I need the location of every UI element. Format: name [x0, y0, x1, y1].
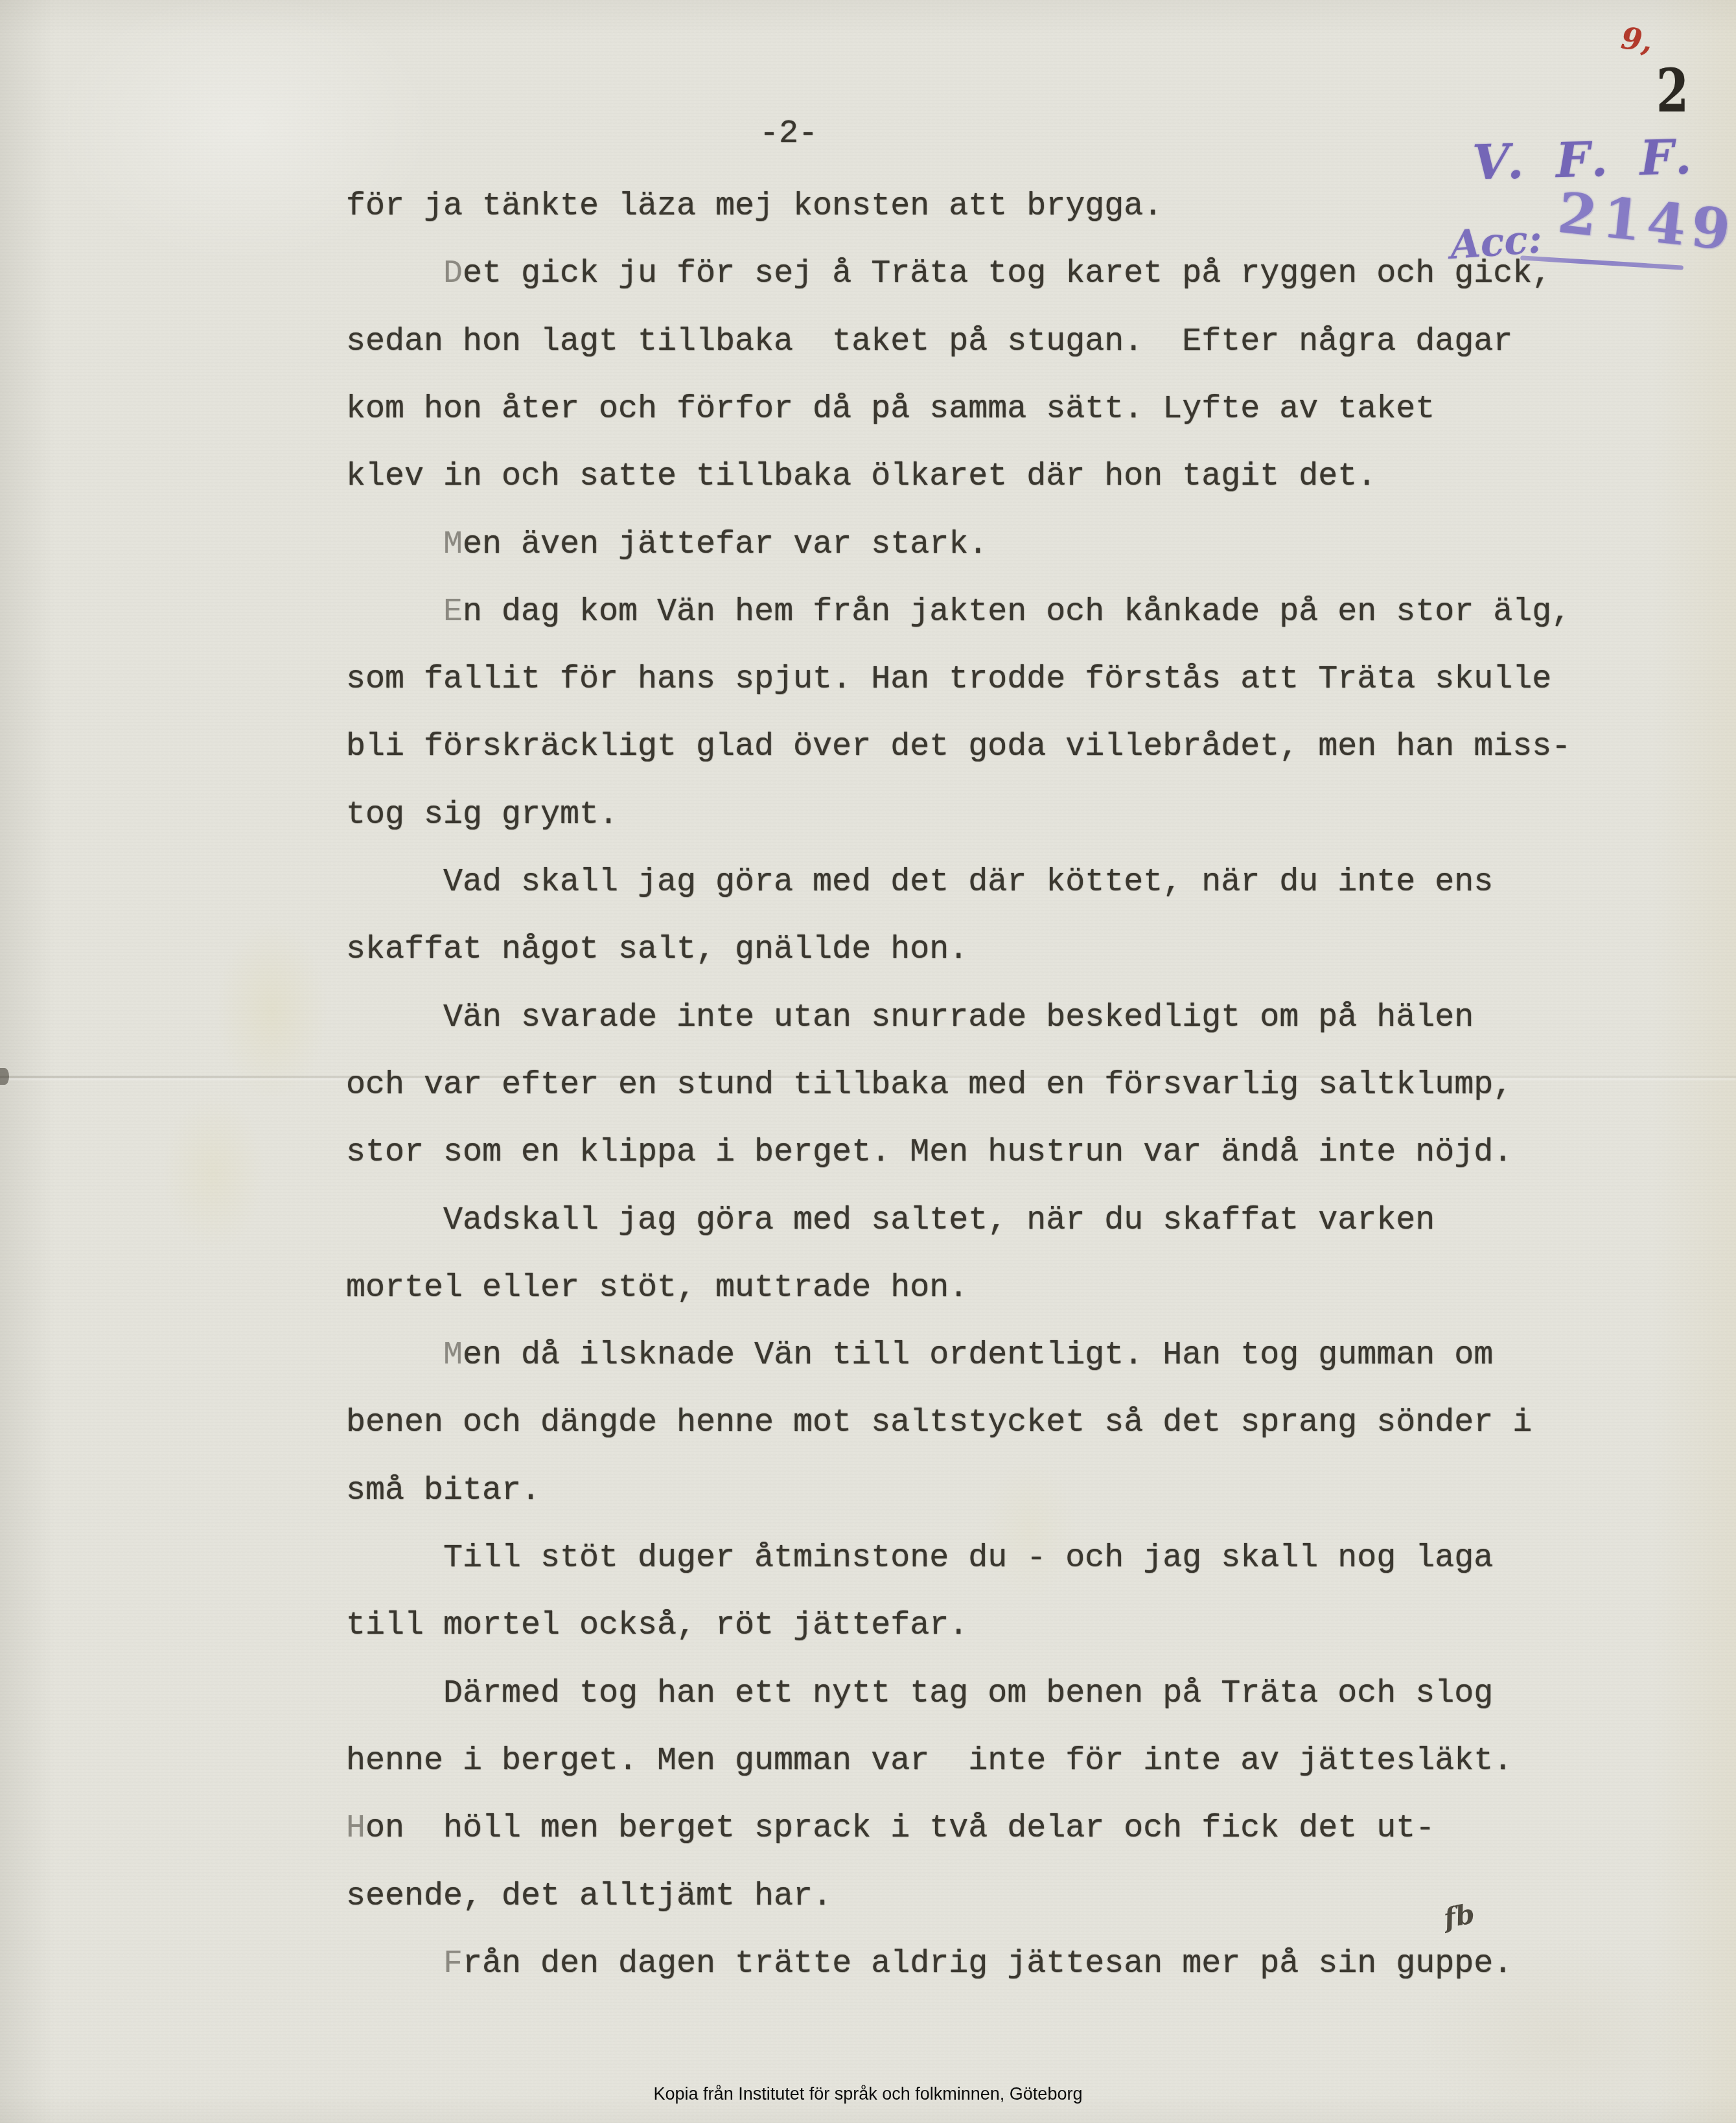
acc-number-stamp: 2149	[1555, 185, 1736, 259]
text-line: Men då ilsknade Vän till ordentligt. Han…	[346, 1340, 1493, 1372]
page-number: 2	[1656, 61, 1689, 121]
text-line: Hon höll men berget sprack i två delar o…	[346, 1813, 1435, 1845]
text-line: tog sig grymt.	[346, 799, 618, 831]
text-line: skaffat något salt, gnällde hon.	[346, 934, 968, 966]
text-line: mortel eller stöt, muttrade hon.	[346, 1272, 968, 1305]
text-line: En dag kom Vän hem från jakten och kånka…	[346, 596, 1571, 629]
text-line: bli förskräckligt glad över det goda vil…	[346, 731, 1571, 763]
text-line: för ja tänkte läza mej konsten att brygg…	[346, 191, 1163, 223]
vff-archive-stamp: V. F. F.	[1472, 133, 1698, 187]
manuscript-page: -2- 9, 2 V. F. F. Acc: 2149 för ja tänkt…	[0, 0, 1736, 2123]
text-line: och var efter en stund tillbaka med en f…	[346, 1069, 1512, 1102]
text-line: seende, det alltjämt har.	[346, 1881, 832, 1913]
text-line: benen och dängde henne mot saltstycket s…	[346, 1407, 1532, 1439]
paper-fold-edge-notch	[0, 1068, 9, 1085]
footer-caption: Kopia från Institutet för språk och folk…	[0, 2084, 1736, 2104]
text-line: Till stöt duger åtminstone du - och jag …	[346, 1542, 1493, 1575]
text-line: henne i berget. Men gumman var inte för …	[346, 1745, 1512, 1778]
text-line: Därmed tog han ett nytt tag om benen på …	[346, 1678, 1493, 1710]
text-line: Vadskall jag göra med saltet, när du ska…	[346, 1205, 1435, 1237]
text-line: Men även jättefar var stark.	[346, 529, 988, 561]
text-line: klev in och satte tillbaka ölkaret där h…	[346, 461, 1376, 493]
text-line: Vän svarade inte utan snurrade beskedlig…	[346, 1002, 1474, 1034]
text-line: Från den dagen trätte aldrig jättesan me…	[346, 1948, 1512, 1980]
faded-typewriter-letter: D	[443, 255, 463, 292]
faded-typewriter-letter: M	[443, 526, 463, 563]
text-line: som fallit för hans spjut. Han trodde fö…	[346, 664, 1551, 696]
faded-typewriter-letter: F	[443, 1945, 463, 1982]
faded-typewriter-letter: E	[443, 594, 463, 631]
faded-typewriter-letter: M	[443, 1337, 463, 1374]
text-line: sedan hon lagt tillbaka taket på stugan.…	[346, 326, 1512, 358]
handwritten-red-mark: 9,	[1619, 20, 1654, 58]
faded-typewriter-letter: H	[346, 1810, 365, 1847]
typed-page-number: -2-	[759, 118, 818, 150]
handwritten-note: fb	[1441, 1897, 1477, 1934]
text-line: till mortel också, röt jättefar.	[346, 1610, 968, 1642]
text-line: Det gick ju för sej å Träta tog karet på…	[346, 258, 1551, 290]
text-line: kom hon åter och förfor då på samma sätt…	[346, 393, 1435, 426]
text-line: Vad skall jag göra med det där köttet, n…	[346, 866, 1493, 899]
text-line: stor som en klippa i berget. Men hustrun…	[346, 1137, 1512, 1169]
text-line: små bitar.	[346, 1475, 540, 1507]
